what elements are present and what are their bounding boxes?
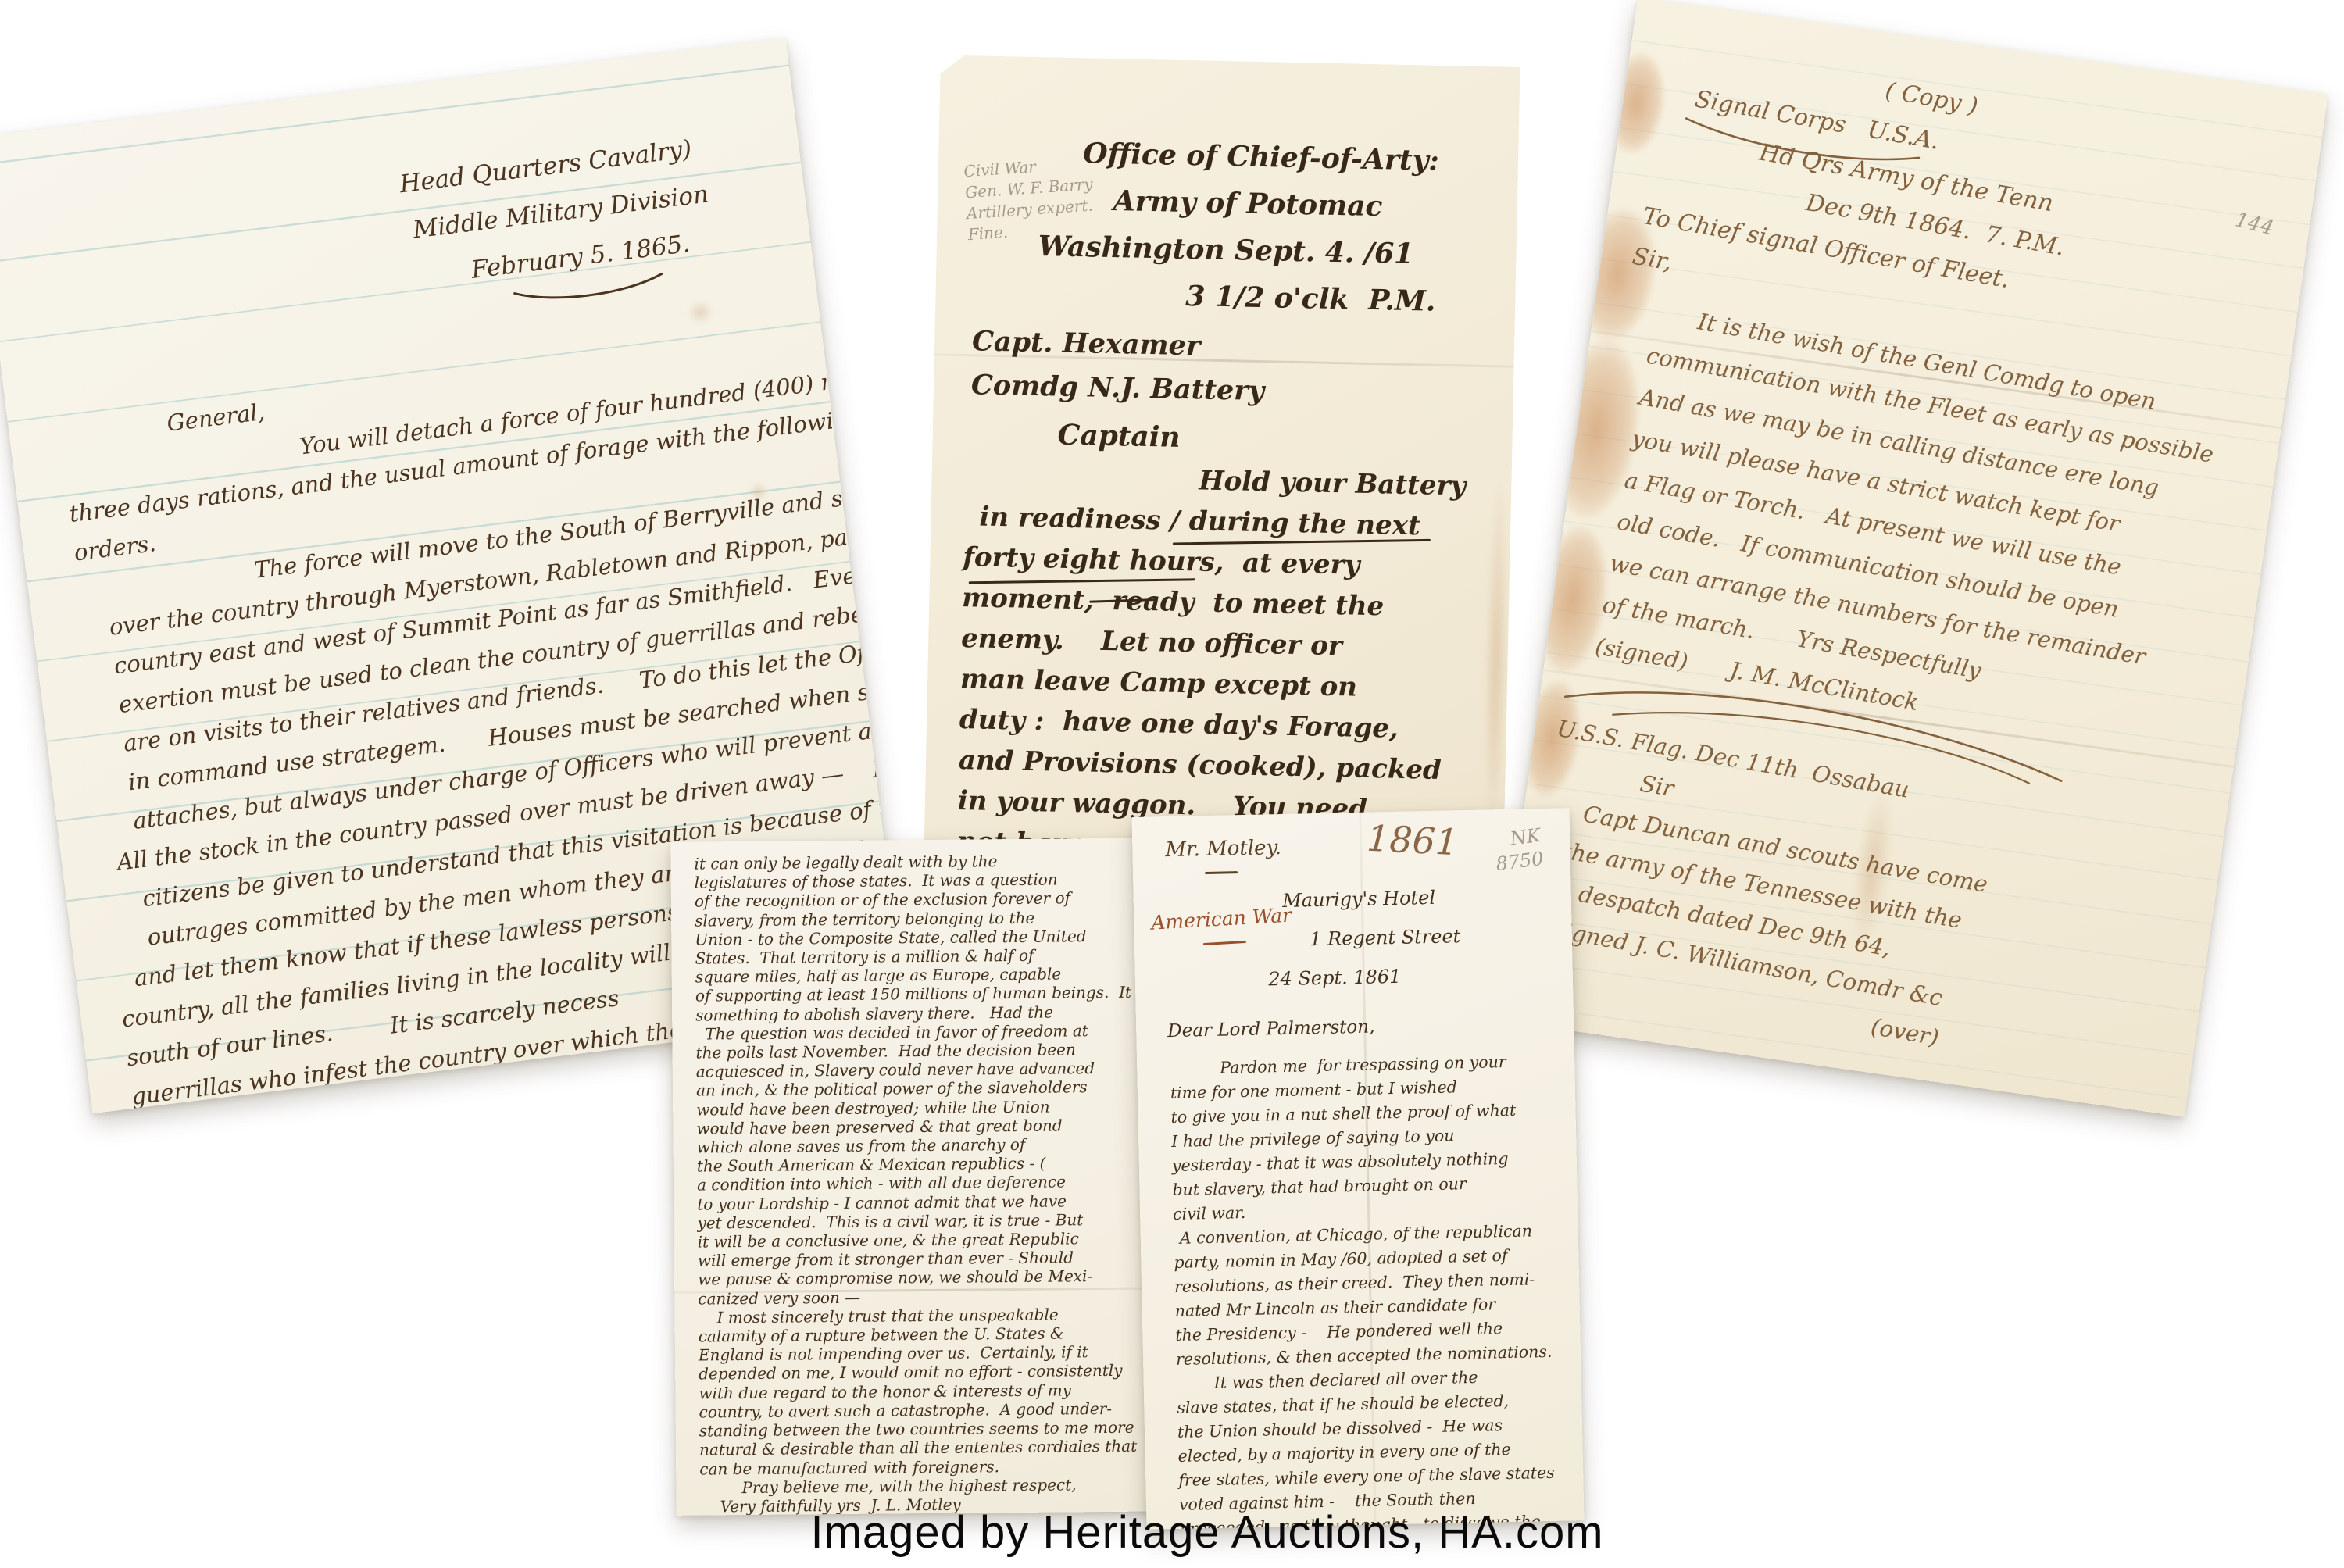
letter-salutation: Captain [1057, 419, 1181, 454]
handwriting-line: Hold your Battery [1199, 460, 1512, 507]
handwriting-line: 3 1/2 o'clk P.M. [1185, 273, 1516, 327]
auction-photo-of-civil-war-letters: Head Quarters Cavalry)Middle Military Di… [0, 0, 2344, 1568]
pencil-lot-code-line: 8750 [1495, 847, 1545, 876]
handwriting-line: 24 Sept. 1861 [1268, 953, 1564, 998]
letter-motley-page-2: it can only be legally dealt with by the… [670, 838, 1180, 1516]
pencil-lot-code: NK 8750 [1492, 823, 1545, 876]
photo-credit-caption: Imaged by Heritage Auctions, HA.com [35, 1506, 2344, 1559]
letter-body: it can only be legally dealt with by the… [691, 850, 1180, 1516]
letter-motley-page-1: Mr. Motley. 1861 NK 8750 American War Ma… [1132, 808, 1585, 1530]
handwriting-line: Capt. Hexamer [972, 320, 1266, 370]
letter-salutation: Dear Lord Palmerston, [1167, 1017, 1375, 1042]
letter-signal-corps-1864: 144 ( Copy )Signal Corps U.S.A.Hd Qrs Ar… [1494, 0, 2328, 1117]
letter-address: Capt. HexamerComdg N.J. Battery [970, 320, 1265, 413]
dash-under-subject [1203, 941, 1246, 945]
fox-spot [686, 299, 715, 326]
handwriting-line: 1 Regent Street [1310, 914, 1563, 959]
handwriting-line: Washington Sept. 4. /61 [1038, 223, 1517, 280]
subject-note-red-ink: American War [1151, 904, 1292, 934]
docket-name: Mr. Motley. [1165, 836, 1281, 862]
handwriting-line: Comdg N.J. Battery [970, 363, 1264, 413]
letter-postscript: U.S.S. Flag. Dec 11th OssabauSirCapt Dun… [1506, 708, 2218, 1099]
docket-year: 1861 [1366, 817, 1460, 864]
handwriting-line: Maurigy's Hotel [1282, 875, 1563, 920]
letter-heading: Office of Chief-of-Arty:Army of PotomacW… [935, 127, 1519, 326]
letter-heading: Maurigy's Hotel1 Regent Street24 Sept. 1… [1282, 875, 1564, 998]
letter-content: 144 ( Copy )Signal Corps U.S.A.Hd Qrs Ar… [1494, 0, 2328, 1117]
handwriting-line: Army of Potomac [1113, 177, 1517, 233]
dash-under-docket [1205, 871, 1238, 873]
letter-body: Pardon me for trespassing on yourtime fo… [1163, 1048, 1585, 1530]
